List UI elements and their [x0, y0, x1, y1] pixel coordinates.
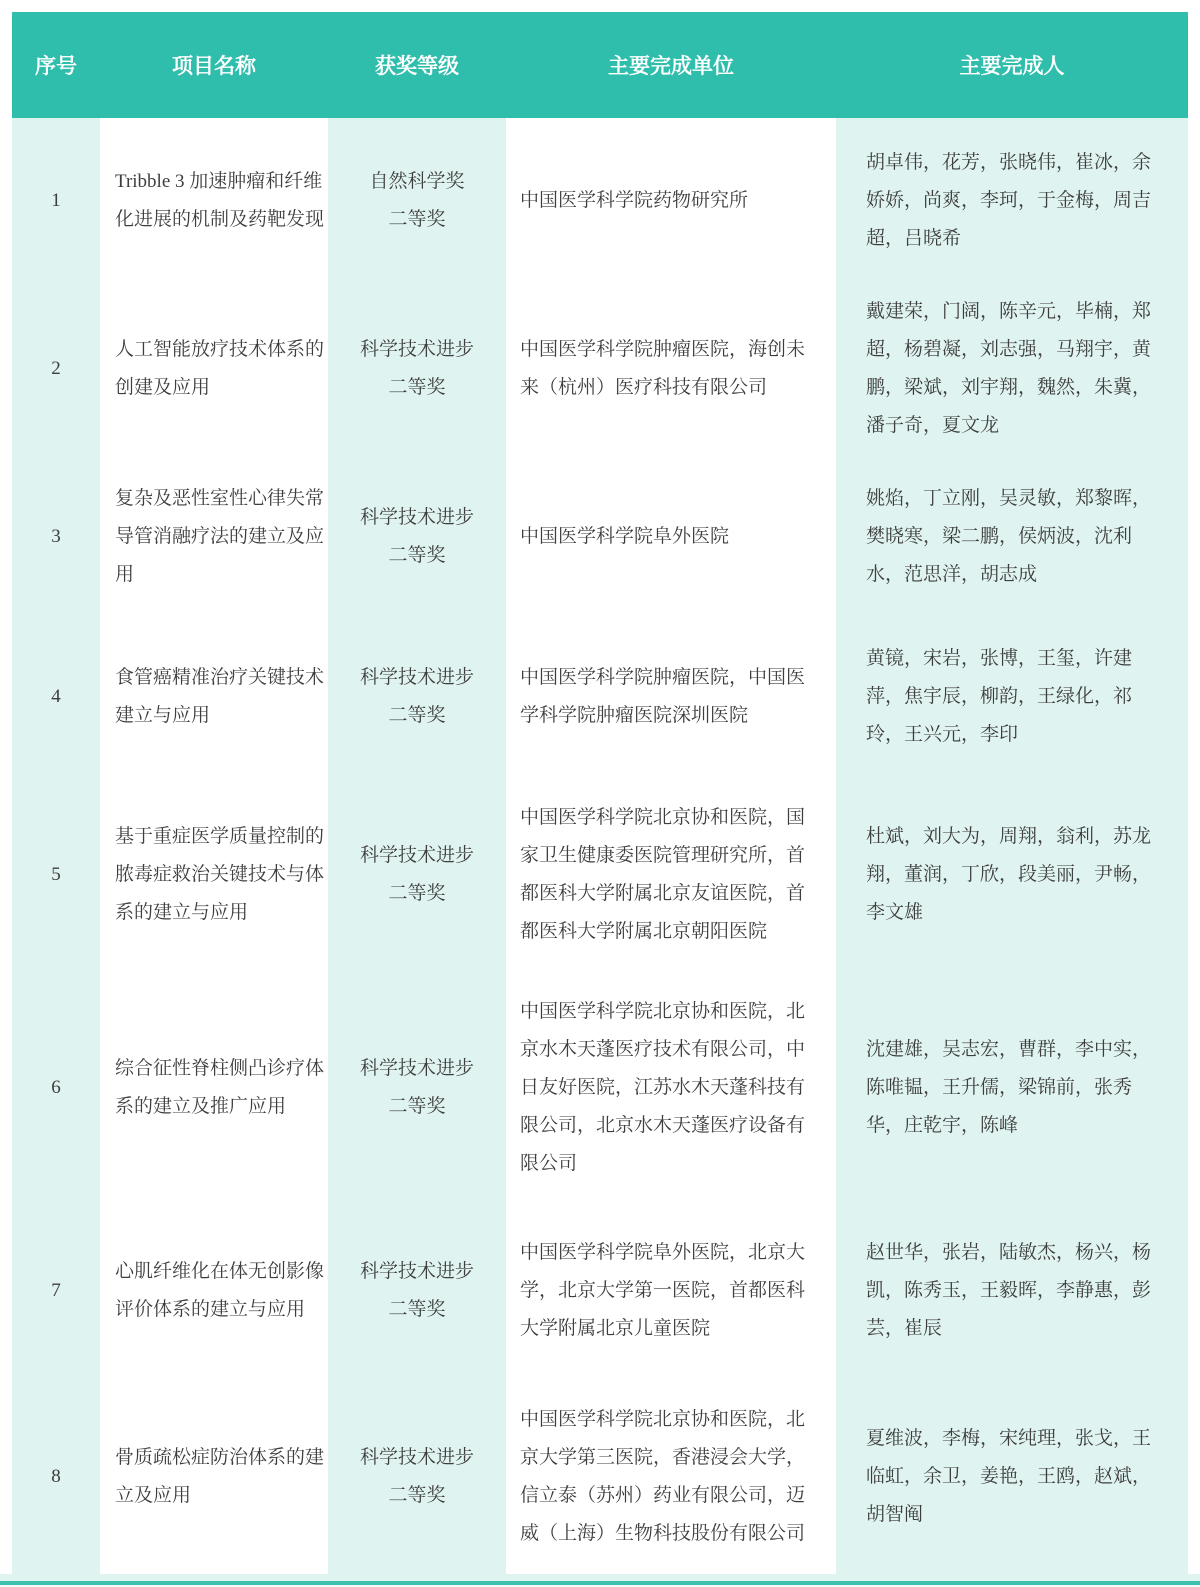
project-name: 食管癌精准治疗关键技术建立与应用	[115, 659, 324, 735]
row-index: 3	[51, 518, 61, 556]
cell-award: 科学技术进步 二等奖	[328, 618, 506, 775]
cell-units: 中国医学科学院阜外医院	[506, 455, 836, 618]
completing-units: 中国医学科学院阜外医院，北京大学，北京大学第一医院，首都医科大学附属北京儿童医院	[520, 1234, 822, 1348]
cell-index: 1	[12, 118, 100, 283]
project-name: 心肌纤维化在体无创影像评价体系的建立与应用	[115, 1253, 324, 1329]
award-level: 科学技术进步 二等奖	[360, 1253, 474, 1329]
header-label-award: 获奖等级	[375, 50, 459, 80]
header-cell-award: 获奖等级	[328, 12, 506, 118]
completing-units: 中国医学科学院肿瘤医院，中国医学科学院肿瘤医院深圳医院	[520, 659, 822, 735]
project-name: 基于重症医学质量控制的脓毒症救治关键技术与体系的建立与应用	[115, 818, 324, 932]
completing-people: 赵世华，张岩，陆敏杰，杨兴，杨凯，陈秀玉，王毅晖，李静惠，彭芸，崔辰	[866, 1234, 1168, 1348]
cell-units: 中国医学科学院阜外医院，北京大学，北京大学第一医院，首都医科大学附属北京儿童医院	[506, 1201, 836, 1380]
completing-people: 姚焰，丁立刚，吴灵敏，郑黎晖，樊晓寒，梁二鹏，侯炳波，沈利水，范思洋，胡志成	[866, 480, 1168, 594]
header-cell-units: 主要完成单位	[506, 12, 836, 118]
cell-index: 4	[12, 618, 100, 775]
project-name: 人工智能放疗技术体系的创建及应用	[115, 331, 324, 407]
table-row: 3 复杂及恶性室性心律失常导管消融疗法的建立及应用 科学技术进步 二等奖 中国医…	[12, 455, 1188, 618]
project-name: Tribble 3 加速肿瘤和纤维化进展的机制及药靶发现	[115, 163, 324, 239]
completing-people: 杜斌，刘大为，周翔，翁利，苏龙翔，董润，丁欣，段美丽，尹畅，李文雄	[866, 818, 1168, 932]
cell-units: 中国医学科学院北京协和医院，国家卫生健康委医院管理研究所，首都医科大学附属北京友…	[506, 775, 836, 975]
cell-people: 胡卓伟，花芳，张晓伟，崔冰，余娇娇，尚爽，李珂，于金梅，周吉超，吕晓希	[836, 118, 1188, 283]
project-name: 复杂及恶性室性心律失常导管消融疗法的建立及应用	[115, 480, 324, 594]
page: { "colors": { "header_bg": "#2fbeac", "s…	[0, 0, 1200, 1587]
table-row: 1 Tribble 3 加速肿瘤和纤维化进展的机制及药靶发现 自然科学奖 二等奖…	[12, 118, 1188, 283]
cell-people: 夏维波，李梅，宋纯理，张戈，王临虹，余卫，姜艳，王鸥，赵斌，胡智阄	[836, 1380, 1188, 1574]
cell-index: 7	[12, 1201, 100, 1380]
cell-people: 戴建荣，门阔，陈辛元，毕楠，郑超，杨碧凝，刘志强，马翔宇，黄鹏，梁斌，刘宇翔，魏…	[836, 283, 1188, 455]
table-row: 8 骨质疏松症防治体系的建立及应用 科学技术进步 二等奖 中国医学科学院北京协和…	[12, 1380, 1188, 1574]
table-bottom-strip	[0, 1574, 1200, 1581]
project-name: 骨质疏松症防治体系的建立及应用	[115, 1439, 324, 1515]
completing-units: 中国医学科学院北京协和医院，北京大学第三医院，香港浸会大学，信立泰（苏州）药业有…	[520, 1401, 822, 1553]
cell-people: 赵世华，张岩，陆敏杰，杨兴，杨凯，陈秀玉，王毅晖，李静惠，彭芸，崔辰	[836, 1201, 1188, 1380]
table-row: 5 基于重症医学质量控制的脓毒症救治关键技术与体系的建立与应用 科学技术进步 二…	[12, 775, 1188, 975]
cell-project: 复杂及恶性室性心律失常导管消融疗法的建立及应用	[100, 455, 328, 618]
cell-people: 沈建雄，吴志宏，曹群，李中实，陈唯韫，王升儒，梁锦前，张秀华，庄乾宇，陈峰	[836, 975, 1188, 1201]
completing-units: 中国医学科学院北京协和医院，北京水木天蓬医疗技术有限公司，中日友好医院，江苏水木…	[520, 993, 822, 1183]
cell-project: 心肌纤维化在体无创影像评价体系的建立与应用	[100, 1201, 328, 1380]
award-level: 科学技术进步 二等奖	[360, 1050, 474, 1126]
table-row: 4 食管癌精准治疗关键技术建立与应用 科学技术进步 二等奖 中国医学科学院肿瘤医…	[12, 618, 1188, 775]
row-index: 7	[51, 1272, 61, 1310]
table-header-row: 序号 项目名称 获奖等级 主要完成单位 主要完成人	[12, 12, 1188, 118]
row-index: 5	[51, 856, 61, 894]
award-level: 科学技术进步 二等奖	[360, 837, 474, 913]
cell-award: 科学技术进步 二等奖	[328, 283, 506, 455]
cell-award: 科学技术进步 二等奖	[328, 455, 506, 618]
header-cell-project: 项目名称	[100, 12, 328, 118]
completing-people: 胡卓伟，花芳，张晓伟，崔冰，余娇娇，尚爽，李珂，于金梅，周吉超，吕晓希	[866, 144, 1168, 258]
cell-project: 食管癌精准治疗关键技术建立与应用	[100, 618, 328, 775]
award-level: 科学技术进步 二等奖	[360, 1439, 474, 1515]
cell-project: Tribble 3 加速肿瘤和纤维化进展的机制及药靶发现	[100, 118, 328, 283]
cell-award: 自然科学奖 二等奖	[328, 118, 506, 283]
completing-units: 中国医学科学院阜外医院	[520, 518, 729, 556]
table-row: 7 心肌纤维化在体无创影像评价体系的建立与应用 科学技术进步 二等奖 中国医学科…	[12, 1201, 1188, 1380]
row-index: 1	[51, 182, 61, 220]
cell-index: 8	[12, 1380, 100, 1574]
project-name: 综合征性脊柱侧凸诊疗体系的建立及推广应用	[115, 1050, 324, 1126]
cell-index: 2	[12, 283, 100, 455]
cell-units: 中国医学科学院北京协和医院，北京大学第三医院，香港浸会大学，信立泰（苏州）药业有…	[506, 1380, 836, 1574]
completing-people: 黄镜，宋岩，张博，王玺，许建萍，焦宇辰，柳韵，王绿化，祁玲，王兴元，李印	[866, 640, 1168, 754]
cell-people: 姚焰，丁立刚，吴灵敏，郑黎晖，樊晓寒，梁二鹏，侯炳波，沈利水，范思洋，胡志成	[836, 455, 1188, 618]
table-body: 1 Tribble 3 加速肿瘤和纤维化进展的机制及药靶发现 自然科学奖 二等奖…	[12, 118, 1188, 1574]
completing-people: 戴建荣，门阔，陈辛元，毕楠，郑超，杨碧凝，刘志强，马翔宇，黄鹏，梁斌，刘宇翔，魏…	[866, 293, 1168, 445]
awards-table: 序号 项目名称 获奖等级 主要完成单位 主要完成人 1 Tribble 3 加速…	[12, 12, 1188, 1574]
header-label-units: 主要完成单位	[608, 50, 734, 80]
completing-units: 中国医学科学院药物研究所	[520, 182, 748, 220]
cell-index: 3	[12, 455, 100, 618]
cell-project: 人工智能放疗技术体系的创建及应用	[100, 283, 328, 455]
cell-project: 综合征性脊柱侧凸诊疗体系的建立及推广应用	[100, 975, 328, 1201]
cell-units: 中国医学科学院肿瘤医院，中国医学科学院肿瘤医院深圳医院	[506, 618, 836, 775]
cell-people: 黄镜，宋岩，张博，王玺，许建萍，焦宇辰，柳韵，王绿化，祁玲，王兴元，李印	[836, 618, 1188, 775]
cell-index: 6	[12, 975, 100, 1201]
table-row: 6 综合征性脊柱侧凸诊疗体系的建立及推广应用 科学技术进步 二等奖 中国医学科学…	[12, 975, 1188, 1201]
cell-award: 科学技术进步 二等奖	[328, 975, 506, 1201]
cell-award: 科学技术进步 二等奖	[328, 1201, 506, 1380]
cell-award: 科学技术进步 二等奖	[328, 1380, 506, 1574]
header-label-project: 项目名称	[172, 50, 256, 80]
award-level: 科学技术进步 二等奖	[360, 331, 474, 407]
header-label-people: 主要完成人	[960, 50, 1065, 80]
completing-units: 中国医学科学院北京协和医院，国家卫生健康委医院管理研究所，首都医科大学附属北京友…	[520, 799, 822, 951]
row-index: 6	[51, 1069, 61, 1107]
header-cell-people: 主要完成人	[836, 12, 1188, 118]
cell-index: 5	[12, 775, 100, 975]
cell-units: 中国医学科学院肿瘤医院，海创未来（杭州）医疗科技有限公司	[506, 283, 836, 455]
completing-people: 沈建雄，吴志宏，曹群，李中实，陈唯韫，王升儒，梁锦前，张秀华，庄乾宇，陈峰	[866, 1031, 1168, 1145]
header-label-index: 序号	[35, 50, 77, 80]
row-index: 2	[51, 350, 61, 388]
cell-award: 科学技术进步 二等奖	[328, 775, 506, 975]
award-level: 科学技术进步 二等奖	[360, 659, 474, 735]
table-row: 2 人工智能放疗技术体系的创建及应用 科学技术进步 二等奖 中国医学科学院肿瘤医…	[12, 283, 1188, 455]
cell-units: 中国医学科学院北京协和医院，北京水木天蓬医疗技术有限公司，中日友好医院，江苏水木…	[506, 975, 836, 1201]
cell-project: 骨质疏松症防治体系的建立及应用	[100, 1380, 328, 1574]
header-cell-index: 序号	[12, 12, 100, 118]
cell-units: 中国医学科学院药物研究所	[506, 118, 836, 283]
cell-people: 杜斌，刘大为，周翔，翁利，苏龙翔，董润，丁欣，段美丽，尹畅，李文雄	[836, 775, 1188, 975]
award-level: 科学技术进步 二等奖	[360, 499, 474, 575]
row-index: 8	[51, 1458, 61, 1496]
cell-project: 基于重症医学质量控制的脓毒症救治关键技术与体系的建立与应用	[100, 775, 328, 975]
completing-units: 中国医学科学院肿瘤医院，海创未来（杭州）医疗科技有限公司	[520, 331, 822, 407]
completing-people: 夏维波，李梅，宋纯理，张戈，王临虹，余卫，姜艳，王鸥，赵斌，胡智阄	[866, 1420, 1168, 1534]
row-index: 4	[51, 678, 61, 716]
award-level: 自然科学奖 二等奖	[369, 163, 464, 239]
